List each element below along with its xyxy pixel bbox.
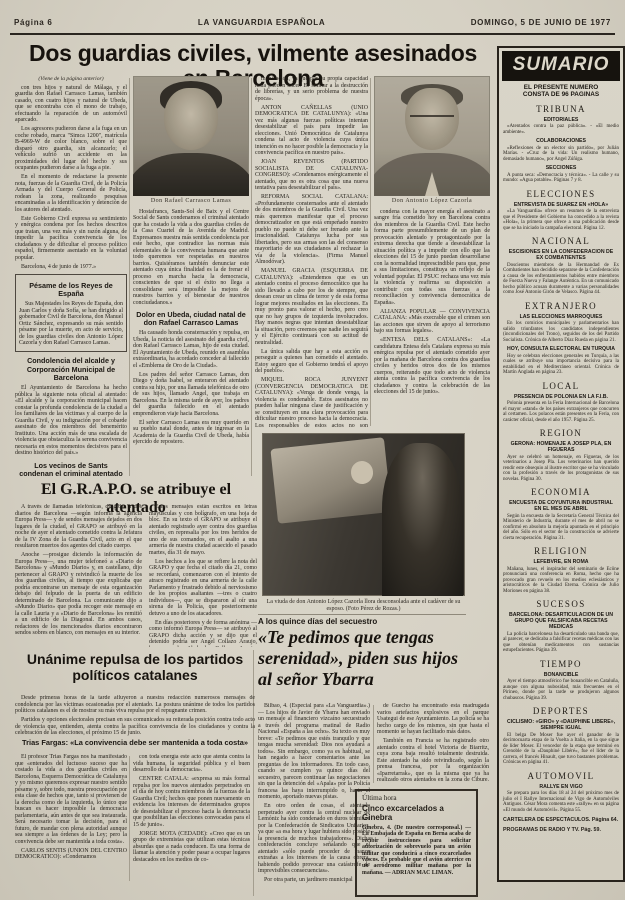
glasses-detail: [410, 112, 454, 120]
grapo-column-2: Estos mensajes están escritos en letras …: [149, 504, 257, 647]
sumario-entry: ENTREVISTA DE SUAREZ EN «HOLA»: [505, 202, 617, 208]
body-paragraph: A través de llamadas telefónicas, dirigi…: [15, 504, 142, 550]
body-paragraph: Los hechos a los que se refiere la nota …: [149, 559, 257, 618]
repulsa-intro: Desde primeras horas de la tarde afluyer…: [15, 695, 255, 737]
sumario-entry: EXTRANJERO: [499, 301, 623, 311]
sumario-entry: «Reflexiones de un elector sin partido»,…: [503, 146, 619, 163]
body-paragraph: con tres hijos y natural de Málaga, y el…: [15, 85, 127, 124]
sumario-entry: PROGRAMAS DE RADIO Y TV. Pág. 59.: [503, 827, 619, 833]
body-paragraph: JORGE MOTA (CEDADE): «Creo que es un gru…: [133, 831, 250, 864]
sumario-entry: RALLYE EN VIGO: [505, 784, 617, 790]
body-paragraph: municación, ya que por su propia capacid…: [255, 76, 368, 102]
repulsa-body-2: con toda energía este acto que atenta co…: [133, 754, 250, 863]
pesame-body: Sus Majestades los Reyes de España, don …: [19, 301, 123, 347]
sumario-title-banner: SUMARIO: [502, 51, 620, 81]
sumario-entry: La policía barcelonesa ha desarticulado …: [503, 632, 619, 654]
sumario-entry: «La Vanguardia» ofrece un resumen de la …: [503, 209, 619, 231]
portrait-face: [164, 88, 217, 150]
sumario-entry: TIEMPO: [499, 659, 623, 669]
trias-fargas-subhead: Trias Fargas: «La convivencia debe ser m…: [15, 738, 255, 747]
body-paragraph: Desde primeras horas de la tarde afluyer…: [15, 695, 255, 715]
ultima-hora-box: Última hora Cinco excarcelados a Ginebra…: [355, 789, 478, 897]
body-paragraph: El señor Carrasco Lamas era muy querido …: [133, 420, 249, 446]
sants-note-body: Hostafrancs, Sants-Sol de Baix y el Cent…: [133, 209, 249, 307]
pesame-box: Pésame de los Reyes de España Sus Majest…: [15, 274, 127, 352]
repulsa-intro-body: Desde primeras horas de la tarde afluyer…: [15, 695, 255, 737]
grapo-column-1: A través de llamadas telefónicas, dirigi…: [15, 504, 142, 647]
body-paragraph: de Guecho ha encontrado esta madrugada v…: [377, 703, 489, 736]
sumario-entry: CARTELERA DE ESPECTACULOS. Página 64.: [503, 817, 619, 823]
column-rule: [251, 78, 252, 476]
body-paragraph: Barcelona, 4 de junio de 1977.»: [15, 264, 127, 271]
body-paragraph: También en Francia se ha registrado otro…: [377, 738, 489, 783]
sumario-entry: AUTOMOVIL: [499, 771, 623, 781]
sumario-entry: TRIBUNA: [499, 104, 623, 114]
page-number: Página 6: [14, 18, 53, 27]
portrait-torso: [133, 153, 249, 196]
psuc-note-body: condena con la mayor energía el asesinat…: [374, 209, 490, 396]
masthead-bar: Página 6 LA VANGUARDIA ESPAÑOLA DOMINGO,…: [14, 18, 611, 27]
column-rule: [129, 756, 130, 881]
sumario-entry: RELIGION: [499, 546, 623, 556]
sumario-entry: ENCUESTA DE COYUNTURA INDUSTRIAL EN EL M…: [505, 500, 617, 512]
body-paragraph: MIQUEL ROCA JUNYENT (CONVERGENCIA DEMOCR…: [255, 377, 368, 428]
body-paragraph: Bilbao, 4. (Especial para «La Vanguardia…: [258, 703, 370, 801]
body-paragraph: Los padres del señor Carrasco Lamas, don…: [133, 372, 249, 418]
body-paragraph: El Ayuntamiento de Barcelona ha hecho pú…: [15, 385, 127, 457]
photo-antonio-lopez: [374, 76, 490, 196]
repulsa-column-1: El profesor Trias Fargas nos ha manifest…: [15, 754, 127, 883]
body-paragraph: El profesor Trias Fargas nos ha manifest…: [15, 754, 127, 845]
sumario-entry: Mañana, lunes, el inspirador del seminar…: [503, 567, 619, 595]
grapo-body-1: A través de llamadas telefónicas, dirigi…: [15, 504, 142, 637]
repulsa-body-1: El profesor Trias Fargas nos ha manifest…: [15, 754, 127, 861]
continuation-note: (Viene de la página anterior): [15, 76, 127, 83]
ubeda-title: Dolor en Ubeda, ciudad natal de don Rafa…: [135, 311, 247, 327]
body-paragraph: En el momento de redactarse la presente …: [15, 174, 127, 213]
body-paragraph: Ha causado honda consternación y repulsa…: [133, 330, 249, 369]
sumario-entry: SUCESOS: [499, 599, 623, 609]
sumario-entry: A punta seca: «Democracia y técnica». - …: [503, 173, 619, 184]
sumario-entry: CICLISMO: «GIRO» y «DAUPHINE LIBERE», SI…: [505, 719, 617, 731]
photo-right-caption: Don Antonio López Cazorla: [374, 198, 490, 205]
sumario-entry: COLABORACIONES: [505, 138, 617, 144]
sumario-entry: Según la encuesta de la Secretaría Gener…: [503, 514, 619, 542]
ubeda-body: Ha causado honda consternación y repulsa…: [133, 330, 249, 446]
sumario-entry: «Atentados contra la paz pública». - «El…: [503, 124, 619, 135]
column-rule: [370, 78, 371, 426]
sumario-entry: LEFEBVRE, EN ROMA: [505, 559, 617, 565]
reactions-body: municación, ya que por su propia capacid…: [255, 76, 368, 428]
sumario-entry: Polonia presenta en la Feria Internacion…: [503, 401, 619, 423]
repulsa-headline: Unánime repulsa de los partidos político…: [15, 652, 255, 683]
body-paragraph: Anoche —prosigue diciendo la información…: [15, 552, 142, 637]
sumario-subtitle-2: CONSTA DE 96 PAGINAS: [499, 91, 623, 98]
photo-left-caption: Don Rafael Carrasco Lamas: [133, 198, 249, 205]
condolencia-body: El Ayuntamiento de Barcelona ha hecho pú…: [15, 385, 127, 457]
sumario-entry: LAS ELECCIONES MARROQUIES: [505, 314, 617, 320]
sumario-entry: En los comicios municipales y parlamenta…: [503, 321, 619, 343]
article-column-3: municación, ya que por su propia capacid…: [255, 76, 368, 428]
sumario-entry: ELECCIONES: [499, 189, 623, 199]
article-column-2: Don Rafael Carrasco Lamas Hostafrancs, S…: [133, 76, 249, 480]
sumario-entry: NACIONAL: [499, 236, 623, 246]
sumario-entry: Hoy se celebran elecciones generales en …: [503, 354, 619, 376]
sumario-entry: Ayer se celebró un homenaje, en Figueras…: [503, 455, 619, 483]
body-paragraph: Estos mensajes están escritos en letras …: [149, 504, 257, 556]
sumario-subtitle-1: EL PRESENTE NUMERO: [499, 84, 623, 91]
sumario-entries: TRIBUNAEDITORIALES«Atentados contra la p…: [499, 104, 623, 834]
gobierno-civil-note: con tres hijos y natural de Málaga, y el…: [15, 85, 127, 271]
repulsa-column-2: con toda energía este acto que atenta co…: [133, 754, 250, 883]
column-rule: [129, 78, 130, 476]
vecinos-title: Los vecinos de Sants condenan el crimina…: [17, 462, 125, 478]
column-rule: [373, 705, 374, 783]
photo-rafael-carrasco: [133, 76, 249, 196]
header-rule: [10, 33, 615, 35]
ultima-hora-title: Última hora: [362, 794, 471, 802]
ultima-hora-body: Ginebra, 4. (De nuestro corresponsal.) —…: [362, 825, 471, 876]
sumario-entry: El belga De Moser fue ayer el ganador de…: [503, 733, 619, 766]
ybarra-headline: «Te pedimos que tengas serenidad», piden…: [258, 627, 468, 690]
sumario-entry: ECONOMIA: [499, 487, 623, 497]
body-paragraph: MANUEL GRACIA (ESQUERRA DE CATALUNYA): «…: [255, 268, 368, 346]
body-paragraph: con toda energía este acto que atenta co…: [133, 754, 250, 774]
sumario-entry: SECCIONES: [505, 165, 617, 171]
body-paragraph: ALIANZA POPULAR — CONVIVENCIA CATALANA: …: [374, 309, 490, 335]
body-paragraph: En otro orden de cosas, el atentado perp…: [258, 803, 370, 875]
body-paragraph: Los agresores pudieron darse a la fuga e…: [15, 126, 127, 172]
ultima-hora-headline: Cinco excarcelados a Ginebra: [362, 804, 471, 822]
body-paragraph: ANTON CAÑELLAS (UNIO DEMOCRATICA DE CATA…: [255, 105, 368, 157]
body-paragraph: La única salida que hay a esta acción es…: [255, 349, 368, 375]
sumario-entry: EDITORIALES: [505, 117, 617, 123]
issue-date: DOMINGO, 5 DE JUNIO DE 1977: [471, 18, 611, 27]
masthead-title: LA VANGUARDIA ESPAÑOLA: [198, 18, 325, 27]
body-paragraph: En días posteriores y de forma anónima —…: [149, 620, 257, 648]
sumario-entry: Ayer el tiempo atmosférico fue bonancibl…: [503, 679, 619, 701]
body-paragraph: JOAN REVENTOS (PARTIDO SOCIALISTA DE CAT…: [255, 159, 368, 192]
sumario-entry: Se prepara para los días 18 al 24 del pr…: [503, 791, 619, 813]
newspaper-page: Página 6 LA VANGUARDIA ESPAÑOLA DOMINGO,…: [0, 0, 625, 900]
sumario-entry: BARCELONA: DESARTICULACION DE UN GRUPO Q…: [505, 612, 617, 630]
widow-photo-caption: La viuda de don Antonio López Cazorla ll…: [262, 599, 465, 613]
body-paragraph: CARLOS SENTIS (UNION DEL CENTRO DEMOCRAT…: [15, 848, 127, 861]
ybarra-body-2: de Guecho ha encontrado esta madrugada v…: [377, 703, 489, 783]
grapo-body-2: Estos mensajes están escritos en letras …: [149, 504, 257, 647]
sumario-entry: ESCISIONES EN LA CONFEDERACION DE EX COM…: [505, 249, 617, 261]
ybarra-body-1: Bilbao, 4. (Especial para «La Vanguardia…: [258, 703, 370, 884]
sumario-entry: Doscientos miembros de la Hermandad de E…: [503, 263, 619, 296]
column-rule: [253, 650, 254, 896]
photo-widow-coffin: [262, 433, 465, 596]
body-paragraph: condena con la mayor energía el asesinat…: [374, 209, 490, 307]
coffin-shape: [271, 437, 392, 523]
body-paragraph: Hostafrancs, Sants-Sol de Baix y el Cent…: [133, 209, 249, 307]
sumario-entry: LOCAL: [499, 381, 623, 391]
body-paragraph: Partidos y opciones electorales precisan…: [15, 717, 255, 737]
pesame-title: Pésame de los Reyes de España: [21, 282, 121, 298]
ybarra-kicker: A los quince días del secuestro: [258, 614, 466, 626]
sumario-entry: PRESENCIA DE POLONIA EN LA F.I.B.: [505, 394, 617, 400]
body-paragraph: Este Gobierno Civil expresa su sentimien…: [15, 216, 127, 262]
body-paragraph: «ENTESA DELS CATALANS»: «La candidatura …: [374, 337, 490, 396]
body-paragraph: Por otra parte, un jardinero municipal: [258, 877, 370, 884]
body-paragraph: Sus Majestades los Reyes de España, don …: [19, 301, 123, 347]
ybarra-column-2: de Guecho ha encontrado esta madrugada v…: [377, 703, 489, 783]
sumario-sidebar: SUMARIO EL PRESENTE NUMERO CONSTA DE 96 …: [497, 46, 625, 882]
body-paragraph: REFORMA SOCIAL CATALANA: «Profundamente …: [255, 194, 368, 266]
article-column-1: (Viene de la página anterior) con tres h…: [15, 76, 127, 480]
body-paragraph: CENTRE CATALA: «expresa su más formal re…: [133, 776, 250, 828]
sumario-entry: HOY, CONSULTA ELECTORAL EN TURQUIA: [505, 346, 617, 352]
ybarra-column-1: Bilbao, 4. (Especial para «La Vanguardia…: [258, 703, 370, 896]
sumario-entry: GERONA: HOMENAJE A JOSEP PLA, EN FIGUERA…: [505, 441, 617, 453]
sumario-entry: DEPORTES: [499, 706, 623, 716]
sumario-entry: REGION: [499, 428, 623, 438]
article-column-4: Don Antonio López Cazorla condena con la…: [374, 76, 490, 428]
mourner-figure: [382, 443, 463, 596]
condolencia-title: Condolencia del alcalde y Corporación Mu…: [17, 357, 125, 382]
sumario-entry: BONANCIBLE: [505, 672, 617, 678]
